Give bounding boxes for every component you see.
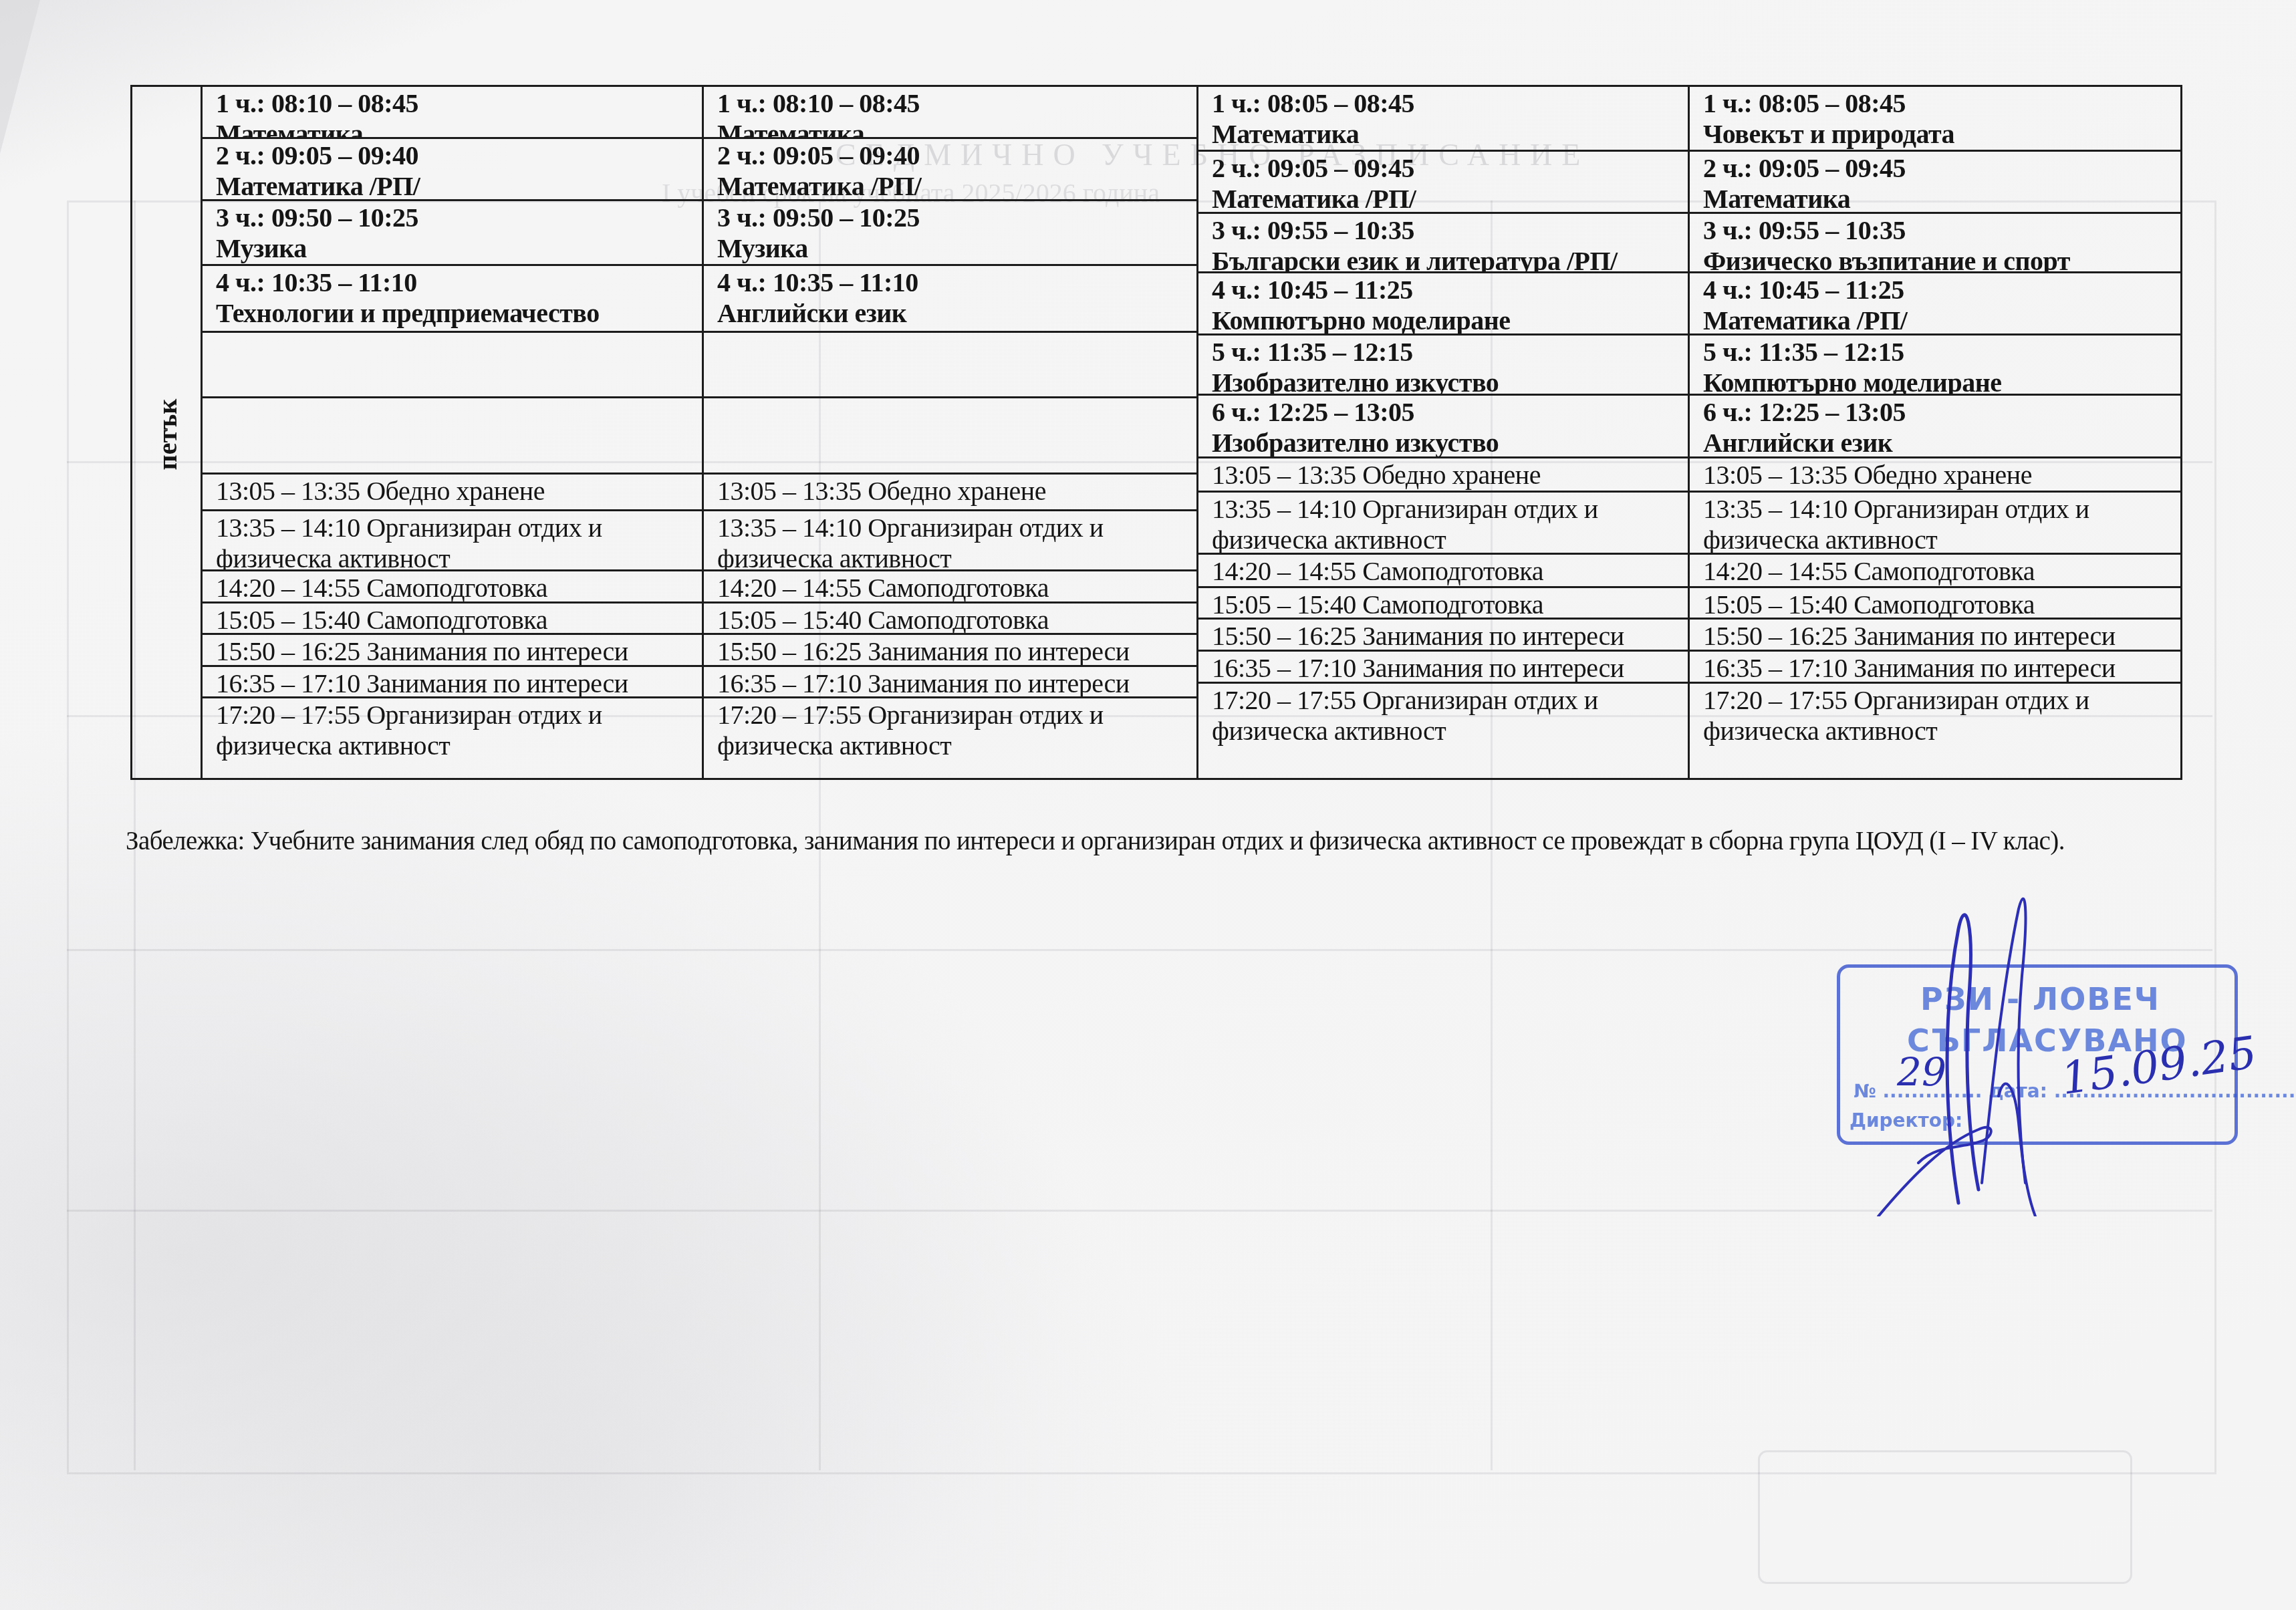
lesson-time: 3 ч.: 09:55 – 10:35 [1212,215,1688,246]
lesson-time: 4 ч.: 10:45 – 11:25 [1703,275,2180,305]
lesson-subject: Български език и литература /РП/ [1212,246,1688,273]
activity-cell: 13:05 – 13:35 Обедно хранене [704,475,1196,511]
activity-text: 14:20 – 14:55 Самоподготовка [717,573,1196,603]
schedule-table: петък 1 ч.: 08:10 – 08:45Математика2 ч.:… [130,85,2182,780]
lesson-subject: Математика [1703,184,2180,214]
lesson-subject: Музика [216,233,702,264]
activity-text: 15:50 – 16:25 Занимания по интереси [717,636,1196,667]
lesson-time: 2 ч.: 09:05 – 09:40 [717,140,1196,171]
lesson-time: 5 ч.: 11:35 – 12:15 [1212,337,1688,368]
activity-text: 13:35 – 14:10 Организиран отдих и [1703,494,2180,525]
lesson-subject: Музика [717,233,1196,264]
lesson-subject: Математика [717,119,1196,139]
activity-cell: 16:35 – 17:10 Занимания по интереси [704,667,1196,698]
lesson-cell: 3 ч.: 09:55 – 10:35Български език и лите… [1198,214,1688,273]
activity-text-cont: физическа активност [1703,525,2180,555]
activity-cell: 14:20 – 14:55 Самоподготовка [1690,555,2180,588]
activity-text: 16:35 – 17:10 Занимания по интереси [717,668,1196,698]
ghost-divider [67,949,2212,951]
activity-text: 15:50 – 16:25 Занимания по интереси [1703,621,2180,652]
activity-text: 14:20 – 14:55 Самоподготовка [1703,556,2180,587]
stamp-number-label: № .............. [1854,1080,1982,1102]
activity-cell: 14:20 – 14:55 Самоподготовка [203,571,702,603]
activity-text: 13:05 – 13:35 Обедно хранене [216,476,702,507]
lesson-cell: 4 ч.: 10:45 – 11:25Математика /РП/ [1690,273,2180,336]
activity-text: 14:20 – 14:55 Самоподготовка [216,573,702,603]
activity-text: 13:05 – 13:35 Обедно хранене [1703,460,2180,491]
activity-cell: 15:50 – 16:25 Занимания по интереси [704,635,1196,667]
lesson-subject: Математика /РП/ [1703,305,2180,336]
activity-text-cont: физическа активност [717,730,1196,761]
lesson-cell: 6 ч.: 12:25 – 13:05Изобразително изкуств… [1198,396,1688,458]
activity-text-cont: физическа активност [1703,716,2180,747]
activity-cell: 15:50 – 16:25 Занимания по интереси [203,635,702,667]
activity-text: 17:20 – 17:55 Организиран отдих и [717,700,1196,730]
activity-text-cont: физическа активност [216,730,702,761]
lesson-cell: 3 ч.: 09:55 – 10:35Физическо възпитание … [1690,214,2180,273]
activity-cell: 13:35 – 14:10 Организиран отдих ифизичес… [1690,493,2180,555]
activity-text: 15:50 – 16:25 Занимания по интереси [1212,621,1688,652]
empty-cell [704,398,1196,475]
activity-text: 13:35 – 14:10 Организиран отдих и [717,513,1196,543]
activity-cell: 14:20 – 14:55 Самоподготовка [704,571,1196,603]
activity-text: 14:20 – 14:55 Самоподготовка [1212,556,1688,587]
activity-cell: 15:05 – 15:40 Самоподготовка [1690,588,2180,620]
lesson-time: 4 ч.: 10:35 – 11:10 [717,267,1196,298]
activity-text: 13:05 – 13:35 Обедно хранене [1212,460,1688,491]
empty-cell [704,333,1196,398]
lesson-cell: 1 ч.: 08:05 – 08:45Математика [1198,87,1688,152]
lesson-cell: 5 ч.: 11:35 – 12:15Компютърно моделиране [1690,336,2180,396]
lesson-cell: 4 ч.: 10:45 – 11:25Компютърно моделиране [1198,273,1688,336]
activity-cell: 17:20 – 17:55 Организиран отдих ифизичес… [1198,684,1688,778]
activity-text: 13:05 – 13:35 Обедно хранене [717,476,1196,507]
activity-cell: 15:50 – 16:25 Занимания по интереси [1198,620,1688,652]
class-column: 1 ч.: 08:10 – 08:45Математика2 ч.: 09:05… [704,87,1198,778]
lesson-subject: Английски език [1703,428,2180,458]
activity-cell: 15:50 – 16:25 Занимания по интереси [1690,620,2180,652]
lesson-time: 1 ч.: 08:10 – 08:45 [717,88,1196,119]
lesson-time: 6 ч.: 12:25 – 13:05 [1703,397,2180,428]
activity-text: 15:05 – 15:40 Самоподготовка [1212,589,1688,620]
class-column: 1 ч.: 08:10 – 08:45Математика2 ч.: 09:05… [203,87,704,778]
stamp-institution: РЗИ - ЛОВЕЧ [1920,981,2160,1017]
lesson-subject: Изобразително изкуство [1212,368,1688,396]
activity-text: 17:20 – 17:55 Организиран отдих и [216,700,702,730]
stamp-director-label: Директор: [1849,1109,1962,1131]
lesson-time: 1 ч.: 08:05 – 08:45 [1703,88,2180,119]
activity-cell: 13:05 – 13:35 Обедно хранене [1198,458,1688,493]
lesson-cell: 6 ч.: 12:25 – 13:05Английски език [1690,396,2180,458]
lesson-time: 3 ч.: 09:50 – 10:25 [216,203,702,233]
lesson-subject: Физическо възпитание и спорт [1703,246,2180,273]
lesson-time: 2 ч.: 09:05 – 09:45 [1212,153,1688,184]
activity-cell: 15:05 – 15:40 Самоподготовка [704,603,1196,635]
ghost-stamp [1758,1450,2132,1584]
lesson-cell: 1 ч.: 08:05 – 08:45Човекът и природата [1690,87,2180,152]
activity-cell: 16:35 – 17:10 Занимания по интереси [203,667,702,698]
lesson-subject: Математика /РП/ [216,171,702,201]
activity-cell: 16:35 – 17:10 Занимания по интереси [1690,652,2180,684]
activity-text-cont: физическа активност [717,543,1196,571]
class-column: 1 ч.: 08:05 – 08:45Математика2 ч.: 09:05… [1198,87,1690,778]
activity-cell: 17:20 – 17:55 Организиран отдих ифизичес… [704,698,1196,778]
lesson-cell: 2 ч.: 09:05 – 09:45Математика [1690,152,2180,214]
lesson-subject: Математика [216,119,702,139]
lesson-cell: 2 ч.: 09:05 – 09:40Математика /РП/ [203,139,702,201]
approval-stamp: РЗИ - ЛОВЕЧ СЪГЛАСУВАНО 29 15.09.25 № ..… [1837,964,2238,1145]
lesson-time: 3 ч.: 09:50 – 10:25 [717,203,1196,233]
stamp-date-label: дата: ..................................… [1989,1080,2296,1102]
lesson-time: 3 ч.: 09:55 – 10:35 [1703,215,2180,246]
activity-text-cont: физическа активност [1212,525,1688,555]
activity-cell: 13:35 – 14:10 Организиран отдих ифизичес… [1198,493,1688,555]
day-label: петък [152,399,183,471]
activity-text-cont: физическа активност [216,543,702,571]
lesson-cell: 1 ч.: 08:10 – 08:45Математика [704,87,1196,139]
lesson-time: 4 ч.: 10:35 – 11:10 [216,267,702,298]
activity-cell: 13:35 – 14:10 Организиран отдих ифизичес… [203,511,702,571]
lesson-subject: Математика [1212,119,1688,150]
activity-cell: 13:35 – 14:10 Организиран отдих ифизичес… [704,511,1196,571]
lesson-subject: Компютърно моделиране [1212,305,1688,336]
lesson-time: 1 ч.: 08:10 – 08:45 [216,88,702,119]
lesson-cell: 3 ч.: 09:50 – 10:25Музика [704,201,1196,266]
activity-text: 17:20 – 17:55 Организиран отдих и [1703,685,2180,716]
lesson-cell: 3 ч.: 09:50 – 10:25Музика [203,201,702,266]
lesson-time: 2 ч.: 09:05 – 09:45 [1703,153,2180,184]
activity-text: 15:05 – 15:40 Самоподготовка [216,605,702,635]
activity-text: 16:35 – 17:10 Занимания по интереси [1703,653,2180,684]
activity-text: 15:05 – 15:40 Самоподготовка [1703,589,2180,620]
activity-text: 13:35 – 14:10 Организиран отдих и [1212,494,1688,525]
lesson-subject: Човекът и природата [1703,119,2180,150]
lesson-cell: 5 ч.: 11:35 – 12:15Изобразително изкуств… [1198,336,1688,396]
lesson-cell: 1 ч.: 08:10 – 08:45Математика [203,87,702,139]
lesson-time: 2 ч.: 09:05 – 09:40 [216,140,702,171]
lesson-cell: 4 ч.: 10:35 – 11:10Технологии и предприе… [203,266,702,333]
activity-cell: 15:05 – 15:40 Самоподготовка [1198,588,1688,620]
activity-cell: 16:35 – 17:10 Занимания по интереси [1198,652,1688,684]
lesson-time: 5 ч.: 11:35 – 12:15 [1703,337,2180,368]
empty-cell [203,333,702,398]
day-column: петък [132,87,203,778]
empty-cell [203,398,702,475]
activity-cell: 13:05 – 13:35 Обедно хранене [1690,458,2180,493]
lesson-time: 6 ч.: 12:25 – 13:05 [1212,397,1688,428]
activity-cell: 15:05 – 15:40 Самоподготовка [203,603,702,635]
activity-cell: 17:20 – 17:55 Организиран отдих ифизичес… [203,698,702,778]
lesson-subject: Технологии и предприемачество [216,298,702,329]
ghost-divider [67,1210,2212,1212]
activity-text: 17:20 – 17:55 Организиран отдих и [1212,685,1688,716]
lesson-subject: Математика /РП/ [717,171,1196,201]
activity-cell: 17:20 – 17:55 Организиран отдих ифизичес… [1690,684,2180,778]
paper-corner-fold [0,0,40,154]
activity-cell: 13:05 – 13:35 Обедно хранене [203,475,702,511]
class-column: 1 ч.: 08:05 – 08:45Човекът и природата2 … [1690,87,2180,778]
lesson-cell: 2 ч.: 09:05 – 09:40Математика /РП/ [704,139,1196,201]
activity-text: 15:05 – 15:40 Самоподготовка [717,605,1196,635]
footnote: Забележка: Учебните занимания след обяд … [126,826,2065,856]
lesson-time: 1 ч.: 08:05 – 08:45 [1212,88,1688,119]
lesson-subject: Математика /РП/ [1212,184,1688,214]
lesson-subject: Изобразително изкуство [1212,428,1688,458]
activity-text: 16:35 – 17:10 Занимания по интереси [1212,653,1688,684]
lesson-subject: Компютърно моделиране [1703,368,2180,396]
lesson-cell: 2 ч.: 09:05 – 09:45Математика /РП/ [1198,152,1688,214]
stamp-number-date-labels: № .............. дата: .................… [1854,1080,2296,1102]
activity-text: 16:35 – 17:10 Занимания по интереси [216,668,702,698]
lesson-cell: 4 ч.: 10:35 – 11:10Английски език [704,266,1196,333]
activity-text-cont: физическа активност [1212,716,1688,747]
lesson-subject: Английски език [717,298,1196,329]
activity-text: 13:35 – 14:10 Организиран отдих и [216,513,702,543]
activity-text: 15:50 – 16:25 Занимания по интереси [216,636,702,667]
activity-cell: 14:20 – 14:55 Самоподготовка [1198,555,1688,588]
lesson-time: 4 ч.: 10:45 – 11:25 [1212,275,1688,305]
